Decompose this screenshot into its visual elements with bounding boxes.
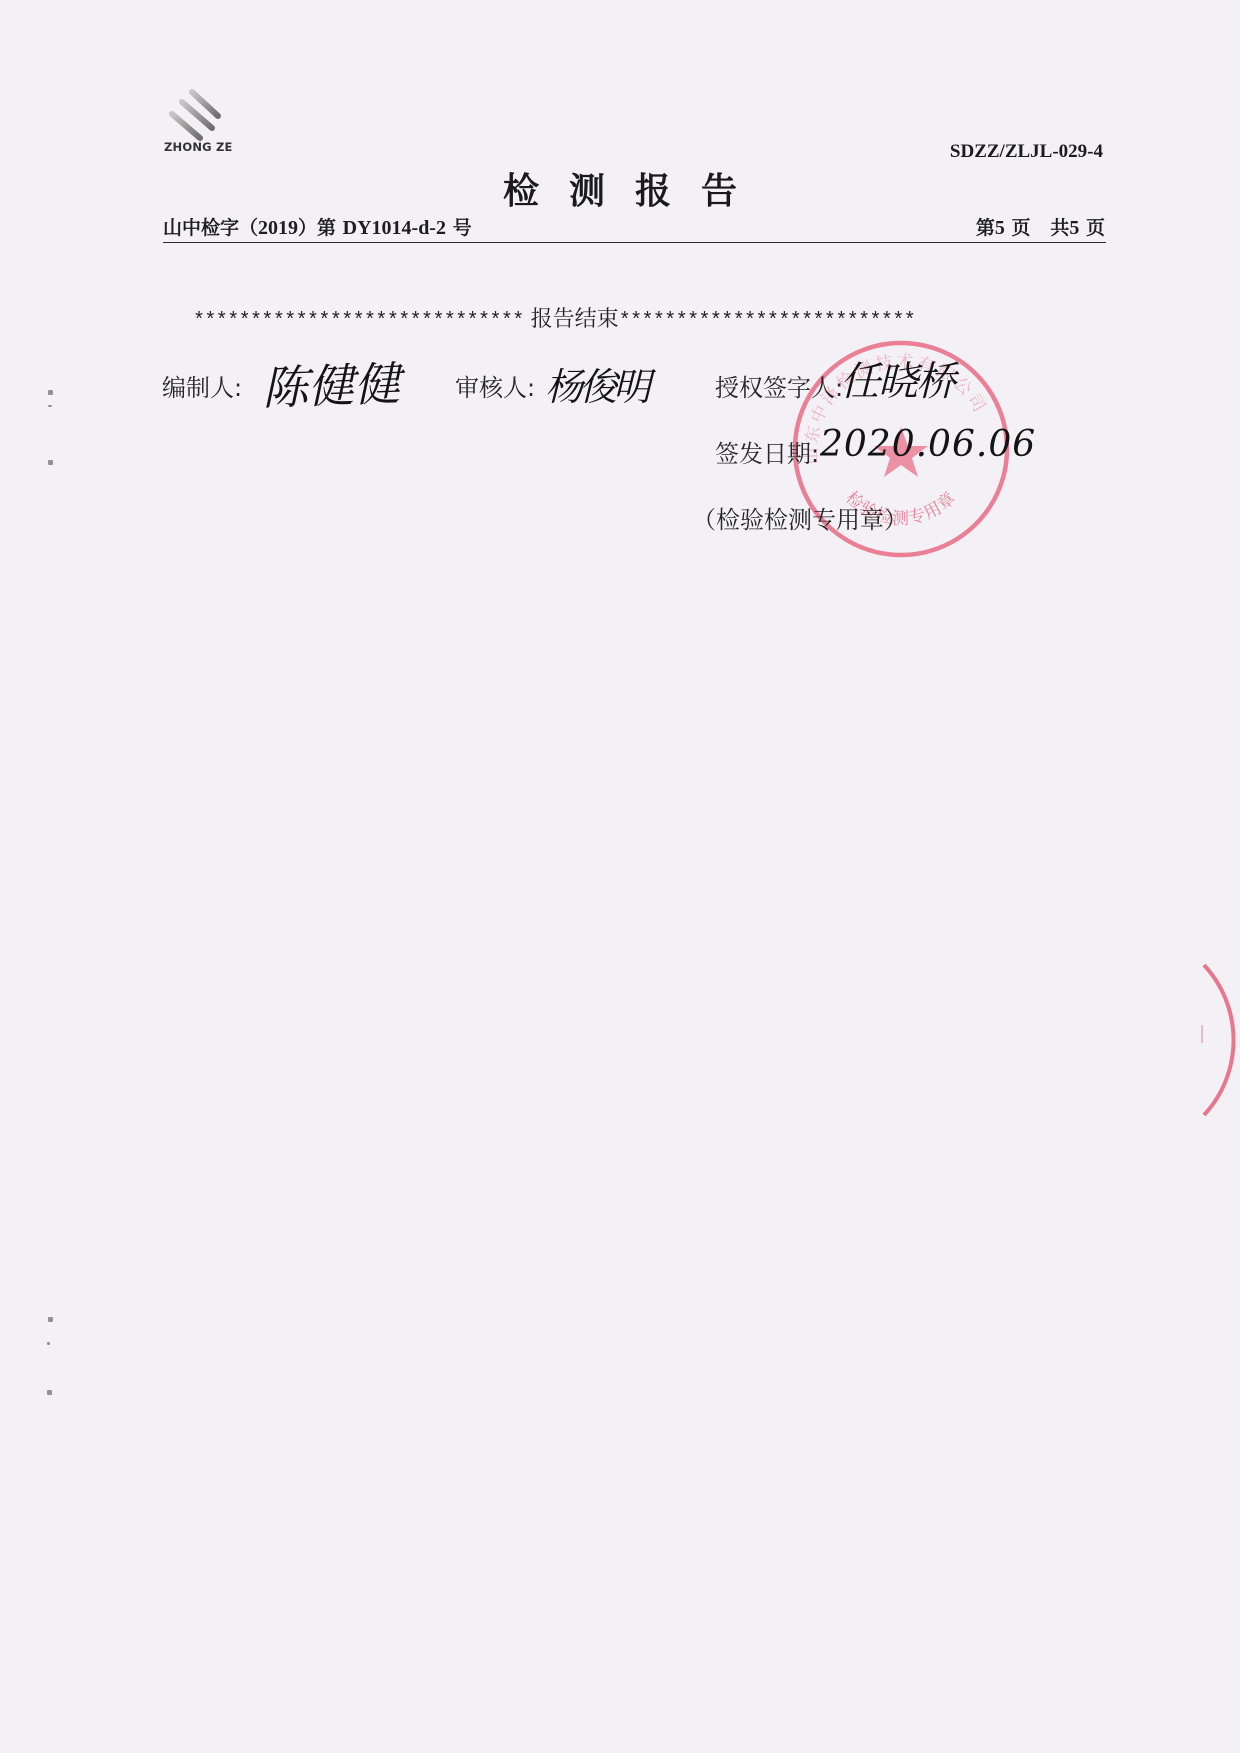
- document-code: SDZZ/ZLJL-029-4: [950, 141, 1103, 163]
- report-number-suffix: 号: [446, 217, 472, 239]
- punch-mark: [47, 1390, 52, 1395]
- page-unit: 页: [1011, 217, 1030, 239]
- page-current: 5: [995, 217, 1005, 239]
- stars-left: *****************************: [193, 310, 524, 333]
- page-total-unit: 页: [1086, 217, 1105, 239]
- punch-mark: [48, 405, 52, 407]
- compiler-label: 编制人:: [162, 368, 242, 403]
- issue-date-label: 签发日期:: [715, 434, 819, 469]
- report-code: DY1014-d-2: [343, 217, 446, 239]
- partial-seal-edge-icon: [1190, 955, 1240, 1125]
- page-total: 5: [1069, 217, 1079, 239]
- logo-text: ZHONG ZE: [164, 140, 233, 154]
- authorizer-signature: 任晓桥: [840, 350, 954, 407]
- report-number: 山中检字（2019）第 DY1014-d-2 号: [163, 213, 472, 240]
- page-total-label: 共: [1050, 217, 1069, 239]
- page-current-label: 第: [976, 217, 995, 239]
- header-divider: [163, 242, 1106, 243]
- authorizer-label: 授权签字人:: [715, 368, 843, 403]
- report-number-prefix: 山中检字（: [163, 217, 258, 239]
- stars-right: **************************: [619, 310, 915, 333]
- report-end-text: 报告结束: [531, 307, 619, 332]
- report-header-row: 山中检字（2019）第 DY1014-d-2 号 第5 页 共5 页: [163, 212, 1105, 240]
- punch-mark: [48, 1317, 53, 1322]
- compiler-signature: 陈健健: [261, 348, 401, 419]
- zhongze-logo-icon: [166, 86, 232, 146]
- seal-note: （检验检测专用章）: [692, 500, 908, 535]
- reviewer-signature: 杨俊明: [545, 356, 647, 411]
- reviewer-label: 审核人:: [455, 368, 535, 403]
- page-info: 第5 页 共5 页: [976, 213, 1105, 240]
- report-number-middle: ）第: [298, 217, 343, 239]
- report-year: 2019: [258, 217, 298, 239]
- punch-mark: [48, 390, 53, 395]
- punch-mark: [47, 1342, 50, 1345]
- report-end-marker: ***************************** 报告结束******…: [193, 302, 915, 333]
- issue-date-value: 2020.06.06: [820, 424, 1036, 465]
- punch-mark: [48, 460, 53, 465]
- page-title: 检测报告: [0, 163, 1240, 214]
